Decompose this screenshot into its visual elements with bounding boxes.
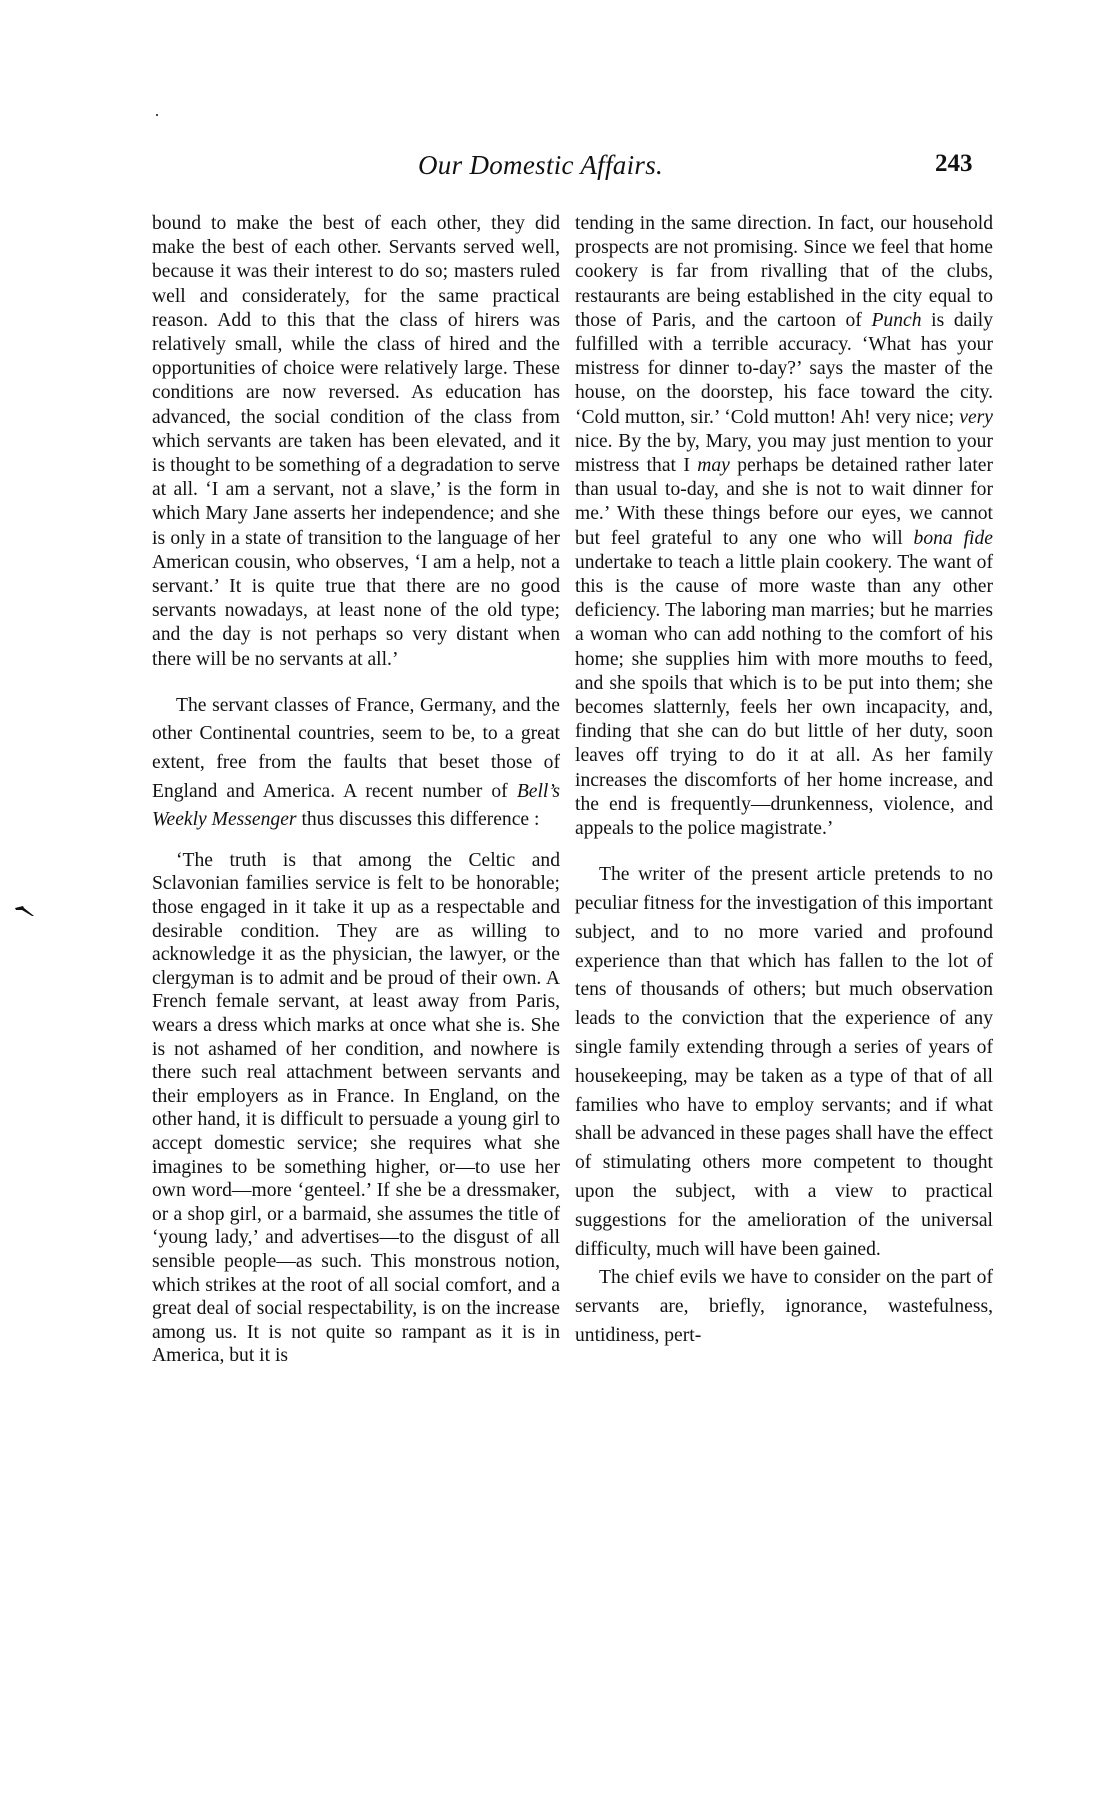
italic-bona-fide: bona fide — [914, 528, 993, 549]
running-title: Our Domestic Affairs. — [418, 150, 663, 181]
paragraph-left-3-quote: ‘The truth is that among the Celtic and … — [152, 849, 560, 1368]
page-header: Our Domestic Affairs. 243 — [0, 150, 1120, 190]
left-column: bound to make the best of each other, th… — [152, 212, 560, 1368]
italic-very: very — [959, 407, 993, 428]
paragraph-left-1: bound to make the best of each other, th… — [152, 212, 560, 672]
text: undertake to teach a little plain cooker… — [575, 552, 993, 839]
italic-may: may — [697, 455, 730, 476]
paragraph-right-1: tending in the same direction. In fact, … — [575, 212, 993, 841]
stray-mark — [156, 114, 158, 116]
paragraph-right-2: The writer of the present article preten… — [575, 861, 993, 1264]
right-column: tending in the same direction. In fact, … — [575, 212, 993, 1350]
italic-punch: Punch — [871, 310, 921, 331]
text: thus discusses this difference : — [297, 809, 540, 830]
paragraph-right-3: The chief evils we have to consider on t… — [575, 1264, 993, 1350]
pointer-mark-icon — [14, 905, 36, 917]
paragraph-left-2: The servant classes of France, Germany, … — [152, 692, 560, 835]
page-number: 243 — [935, 150, 973, 178]
text: The servant classes of France, Germany, … — [152, 695, 560, 802]
